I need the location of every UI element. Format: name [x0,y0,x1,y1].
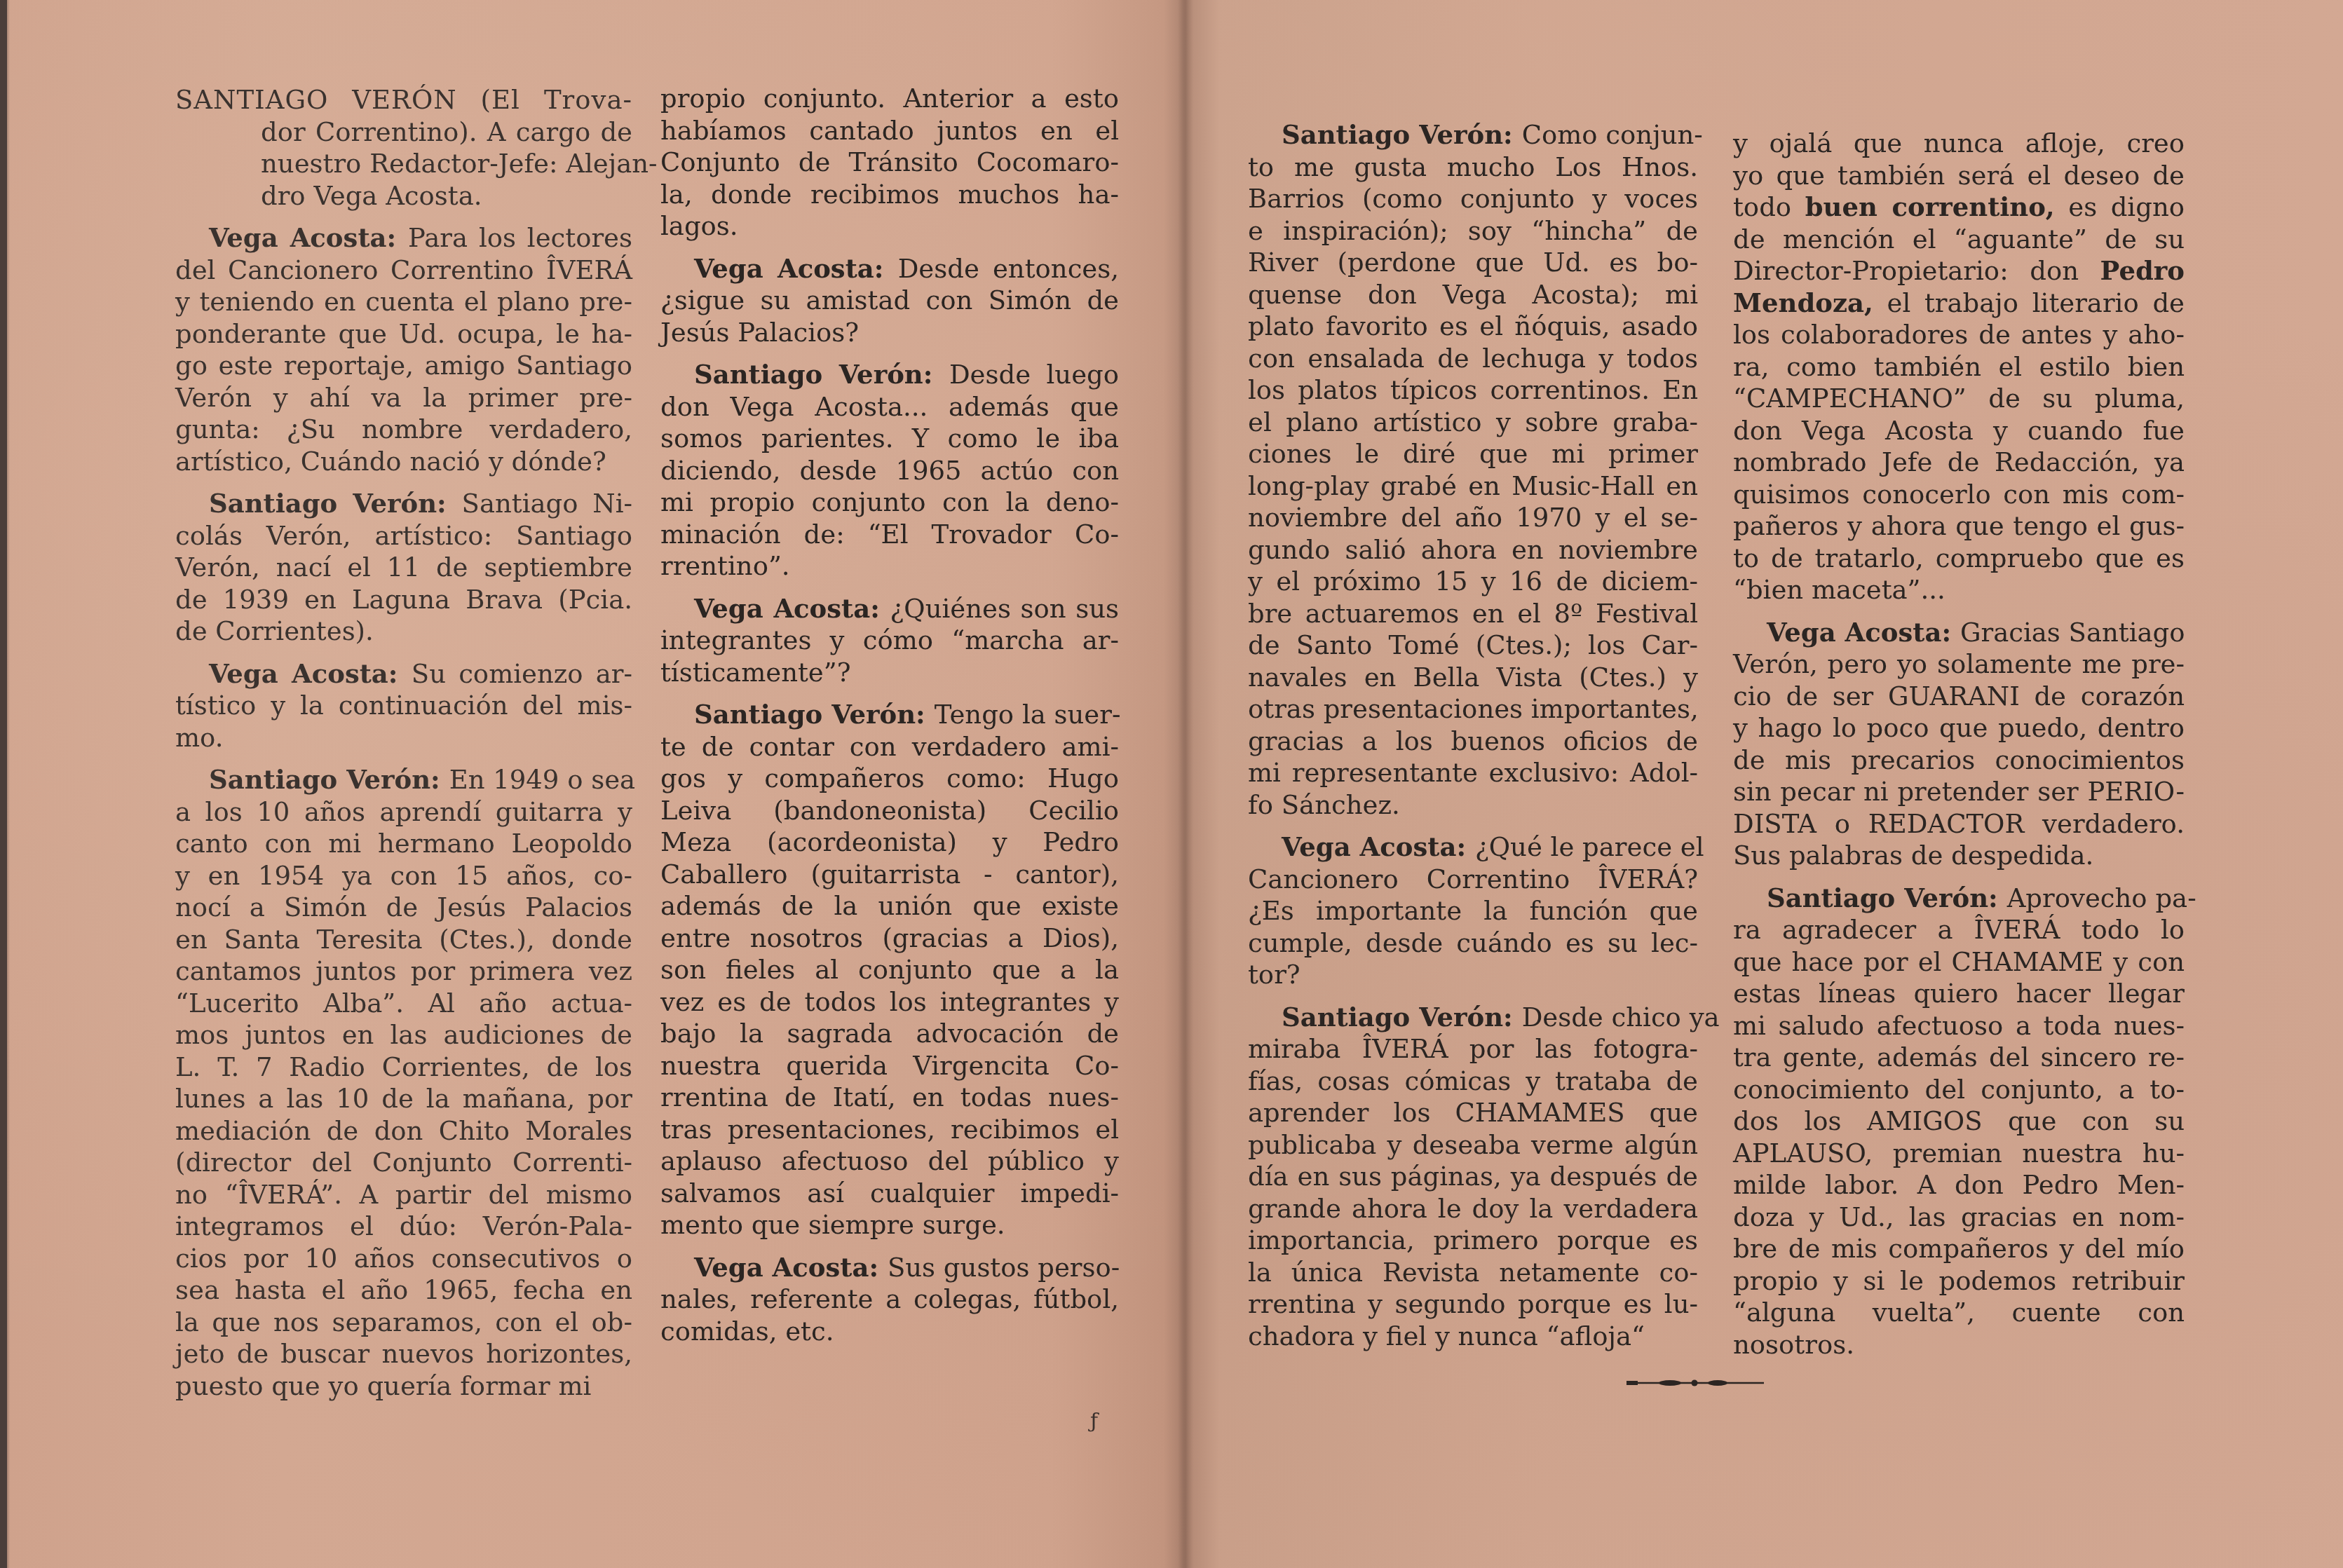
text-line: yo que también será el deseo de [1733,160,2185,192]
text-line: to de tratarlo, compruebo que es [1733,543,2185,575]
text-line: de mis precarios conocimientos [1733,744,2185,777]
text-line: a los 10 años aprendí guitarra y [175,796,632,829]
text-line: Caballero (guitarrista - cantor), [660,859,1119,891]
text-line: ciones le diré que mi primer [1248,438,1698,470]
text-line: don Vega Acosta y cuando fue [1733,415,2185,447]
text-line: cios por 10 años consecutivos o [175,1243,632,1275]
text-line: canto con mi hermano Leopoldo [175,828,632,860]
text-line: nosotros. [1733,1329,2185,1361]
text-line: todo buen correntino, es digno [1733,191,2185,224]
text-line: River (perdone que Ud. es bo- [1248,247,1698,279]
interview-paragraph: Santiago Verón: Santiago Ni-colás Verón,… [175,488,632,648]
text-line: puesto que yo quería formar mi [175,1370,632,1403]
left-page-column-1: SANTIAGO VERÓN (El Trova-dor Correntino)… [175,84,632,1412]
text-line: bajo la sagrada advocación de [660,1018,1119,1050]
interview-paragraph: Santiago Verón: En 1949 o seaa los 10 añ… [175,764,632,1402]
magazine-spread: SANTIAGO VERÓN (El Trova-dor Correntino)… [0,0,2343,1568]
text-line: noviembre del año 1970 y el se- [1248,502,1698,534]
text-line: quense don Vega Acosta); mi [1248,279,1698,311]
text-line: ra agradecer a ÎVERÁ todo lo [1733,914,2185,946]
text-line: quisimos conocerlo con mis com- [1733,479,2185,511]
speaker-name: Santiago Verón: [1282,119,1522,150]
text-line: de Santo Tomé (Ctes.); los Car- [1248,629,1698,662]
continued-paragraph: propio conjunto. Anterior a estohabíamos… [660,83,1119,243]
speaker-name: Vega Acosta: [209,222,408,253]
interview-paragraph: Santiago Verón: Tengo la suer-te de cont… [660,699,1119,1241]
text-line: fías, cosas cómicas y trataba de [1248,1065,1698,1098]
speaker-name: Santiago Verón: [209,488,462,519]
text-line: y hago lo poco que puedo, dentro [1733,712,2185,744]
text-line: integramos el dúo: Verón-Pala- [175,1211,632,1243]
text-line: chadora y fiel y nunca “afloja“ [1248,1321,1698,1353]
text-line: miraba ÎVERÁ por las fotogra- [1248,1033,1698,1065]
text-line: Vega Acosta: Sus gustos perso- [660,1252,1119,1284]
text-line: ponderante que Ud. ocupa, le ha- [175,318,632,350]
interview-paragraph: Vega Acosta: ¿Quiénes son susintegrantes… [660,593,1119,689]
interview-paragraph: Vega Acosta: Sus gustos perso-nales, ref… [660,1252,1119,1348]
right-page-column-2: y ojalá que nunca afloje, creoyo que tam… [1733,128,2185,1371]
text-line: navales en Bella Vista (Ctes.) y [1248,662,1698,694]
text-line: Vega Acosta: Gracias Santiago [1733,617,2185,649]
text-line: tísticamente”? [660,657,1119,689]
text-line: plato favorito es el ñóquis, asado [1248,311,1698,343]
text-line: DISTA o REDACTOR verdadero. [1733,808,2185,840]
text-line: nuestra querida Virgencita Co- [660,1050,1119,1082]
text-line: la, donde recibimos muchos ha- [660,179,1119,211]
text-line: minación de: “El Trovador Co- [660,519,1119,551]
text-line: Verón y ahí va la primer pre- [175,382,632,414]
text-line: mento que siempre surge. [660,1209,1119,1241]
text-line: Mendoza, el trabajo literario de [1733,287,2185,320]
text-line: entre nosotros (gracias a Dios), [660,922,1119,955]
speaker-name: Vega Acosta: [209,658,412,689]
text-line: tístico y la continuación del mis- [175,690,632,722]
text-line: vez es de todos los integrantes y [660,986,1119,1018]
text-line: L. T. 7 Radio Corrientes, de los [175,1051,632,1084]
text-line: los platos típicos correntinos. En [1248,374,1698,407]
text-line: ¿Es importante la función que [1248,895,1698,927]
text-line: otras presentaciones importantes, [1248,693,1698,725]
text-line: go este reportaje, amigo Santiago [175,350,632,382]
text-line: Vega Acosta: ¿Quiénes son sus [660,593,1119,625]
interview-paragraph: Santiago Verón: Desde chico yamiraba ÎVE… [1248,1002,1698,1353]
text-line: además de la unión que existe [660,890,1119,922]
text-line: “alguna vuelta”, cuente con [1733,1297,2185,1329]
text-line: propio conjunto. Anterior a esto [660,83,1119,115]
interview-paragraph: Vega Acosta: Su comienzo ar-tístico y la… [175,658,632,754]
text-line: nales, referente a colegas, fútbol, [660,1283,1119,1316]
text-line: mo. [175,722,632,754]
text-line: sea hasta el año 1965, fecha en [175,1274,632,1307]
interview-paragraph: Santiago Verón: Como conjun-to me gusta … [1248,119,1698,821]
right-page-column-1: Santiago Verón: Como conjun-to me gusta … [1248,119,1698,1363]
text-line: que hace por el CHAMAME y con [1733,946,2185,979]
speaker-name: Vega Acosta: [694,253,898,284]
text-line: Meza (acordeonista) y Pedro [660,826,1119,859]
text-line: publicaba y deseaba verme algún [1248,1129,1698,1161]
speaker-name: Santiago Verón: [209,764,449,795]
text-line: en Santa Teresita (Ctes.), donde [175,924,632,956]
text-line: te de contar con verdadero ami- [660,731,1119,763]
text-line: dos los AMIGOS que con su [1733,1105,2185,1138]
text-line: gunta: ¿Su nombre verdadero, [175,414,632,446]
text-line: grande ahora le doy la verdadera [1248,1193,1698,1225]
text-line: cio de ser GUARANI de corazón [1733,681,2185,713]
text-line: don Vega Acosta... además que [660,391,1119,423]
text-line: Santiago Verón: Tengo la suer- [660,699,1119,731]
text-line: sin pecar ni pretender ser PERIO- [1733,776,2185,808]
text-line: gundo salió ahora en noviembre [1248,534,1698,566]
text-line: APLAUSO, premian nuestra hu- [1733,1138,2185,1170]
text-line: Santiago Verón: Desde chico ya [1248,1002,1698,1034]
text-line: Vega Acosta: Su comienzo ar- [175,658,632,690]
text-line: “bien maceta”... [1733,574,2185,606]
text-line: bre de mis compañeros y del mío [1733,1233,2185,1265]
text-line: Cancionero Correntino ÎVERÁ? [1248,864,1698,896]
speaker-name: Santiago Verón: [1282,1002,1522,1032]
text-line: rrentino”. [660,550,1119,582]
text-line: aplauso afectuoso del público y [660,1145,1119,1178]
interview-paragraph: Vega Acosta: ¿Qué le parece elCancionero… [1248,831,1698,991]
text-line: y en 1954 ya con 15 años, co- [175,860,632,892]
text-line: doza y Ud., las gracias en nom- [1733,1201,2185,1234]
interview-paragraph: Vega Acosta: Gracias SantiagoVerón, pero… [1733,617,2185,872]
text-line: cantamos juntos por primera vez [175,955,632,988]
text-line: Vega Acosta: Para los lectores [175,222,632,254]
speaker-name: Vega Acosta: [694,1252,888,1283]
text-line: mi representante exclusivo: Adol- [1248,757,1698,789]
text-line: rrentina y segundo porque es lu- [1248,1288,1698,1321]
text-line: lunes a las 10 de la mañana, por [175,1083,632,1115]
text-line: ra, como también el estilo bien [1733,351,2185,383]
text-line: Verón, nací el 11 de septiembre [175,552,632,584]
text-line: la que nos separamos, con el ob- [175,1307,632,1339]
text-line: Vega Acosta: ¿Qué le parece el [1248,831,1698,864]
text-line: mos juntos en las audiciones de [175,1019,632,1051]
book-edge [0,0,7,1568]
text-line: con ensalada de lechuga y todos [1248,343,1698,375]
text-line: salvamos así cualquier impedi- [660,1178,1119,1210]
text-line: propio y si le podemos retribuir [1733,1265,2185,1297]
text-line: (director del Conjunto Correnti- [175,1147,632,1179]
end-of-article-divider-icon [1626,1378,1764,1388]
text-line: tras presentaciones, recibimos el [660,1114,1119,1146]
text-line: estas líneas quiero hacer llegar [1733,978,2185,1010]
text-line: long-play grabé en Music-Hall en [1248,470,1698,503]
text-line: de Corrientes). [175,615,632,648]
text-line: Director-Propietario: don Pedro [1733,255,2185,287]
left-page-column-2: propio conjunto. Anterior a estohabíamos… [660,83,1119,1358]
text-line: conocimiento del conjunto, a to- [1733,1074,2185,1106]
text-line: nuestro Redactor-Jefe: Alejan- [175,148,632,180]
text-line: Leiva (bandoneonista) Cecilio [660,795,1119,827]
text-line: no “ÎVERÁ”. A partir del mismo [175,1179,632,1211]
article-title: SANTIAGO VERÓN (El Trova-dor Correntino)… [175,84,632,212]
text-line: artístico, Cuándo nació y dónde? [175,446,632,478]
text-line: milde labor. A don Pedro Men- [1733,1169,2185,1201]
text-line: cumple, desde cuándo es su lec- [1248,927,1698,960]
text-line: gos y compañeros como: Hugo [660,763,1119,795]
text-line: de 1939 en Laguna Brava (Pcia. [175,584,632,616]
text-line: integrantes y cómo “marcha ar- [660,625,1119,657]
text-line: tra gente, además del sincero re- [1733,1042,2185,1074]
interview-paragraph: Santiago Verón: Aprovecho pa-ra agradece… [1733,882,2185,1361]
text-line: SANTIAGO VERÓN (El Trova- [175,84,632,116]
book-spine [1178,0,1193,1568]
text-line: son fieles al conjunto que a la [660,954,1119,986]
text-line: habíamos cantado juntos en el [660,115,1119,147]
text-line: día en sus páginas, ya después de [1248,1161,1698,1193]
speaker-name: Vega Acosta: [1282,831,1475,862]
ink-mark: ƒ [1090,1409,1098,1433]
text-line: mediación de don Chito Morales [175,1115,632,1147]
text-line: Santiago Verón: Santiago Ni- [175,488,632,520]
speaker-name: Santiago Verón: [694,359,949,390]
text-line: aprender los CHAMAMES que [1248,1097,1698,1129]
text-line: somos parientes. Y como le iba [660,423,1119,455]
text-line: lagos. [660,210,1119,243]
text-line: jeto de buscar nuevos horizontes, [175,1338,632,1370]
speaker-name: Santiago Verón: [694,699,935,730]
speaker-name: Vega Acosta: [1767,617,1960,648]
text-line: Sus palabras de despedida. [1733,840,2185,872]
speaker-name: Vega Acosta: [694,593,890,624]
text-line: e inspiración); soy “hincha” de [1248,215,1698,247]
text-line: ¿sigue su amistad con Simón de [660,285,1119,317]
text-line: y el próximo 15 y 16 de diciem- [1248,566,1698,598]
text-line: y ojalá que nunca afloje, creo [1733,128,2185,160]
text-line: de mención el “aguante” de su [1733,224,2185,256]
text-line: fo Sánchez. [1248,789,1698,822]
text-line: Santiago Verón: Desde luego [660,359,1119,391]
text-line: rrentina de Itatí, en todas nues- [660,1082,1119,1114]
text-line: los colaboradores de antes y aho- [1733,319,2185,351]
text-line: Conjunto de Tránsito Cocomaro- [660,146,1119,179]
text-line: Jesús Palacios? [660,317,1119,349]
text-line: el plano artístico y sobre graba- [1248,407,1698,439]
text-line: la única Revista netamente co- [1248,1257,1698,1289]
speaker-name: Santiago Verón: [1767,882,2007,913]
text-line: Verón, pero yo solamente me pre- [1733,648,2185,681]
text-line: colás Verón, artístico: Santiago [175,520,632,552]
continued-paragraph: y ojalá que nunca afloje, creoyo que tam… [1733,128,2185,606]
text-line: dor Correntino). A cargo de [175,116,632,149]
text-line: Barrios (como conjunto y voces [1248,183,1698,215]
text-line: Santiago Verón: Como conjun- [1248,119,1698,151]
text-line: “CAMPECHANO” de su pluma, [1733,383,2185,415]
text-line: Santiago Verón: En 1949 o sea [175,764,632,796]
text-line: “Lucerito Alba”. Al año actua- [175,988,632,1020]
text-line: nocí a Simón de Jesús Palacios [175,892,632,924]
text-line: del Cancionero Correntino ÎVERÁ [175,254,632,287]
text-line: to me gusta mucho Los Hnos. [1248,151,1698,184]
text-line: importancia, primero porque es [1248,1225,1698,1257]
text-line: gracias a los buenos oficios de [1248,725,1698,758]
text-line: mi propio conjunto con la deno- [660,486,1119,519]
text-line: dro Vega Acosta. [175,180,632,212]
text-line: mi saludo afectuoso a toda nues- [1733,1010,2185,1042]
interview-paragraph: Vega Acosta: Desde entonces,¿sigue su am… [660,253,1119,349]
text-line: nombrado Jefe de Redacción, ya [1733,446,2185,479]
interview-paragraph: Vega Acosta: Para los lectoresdel Cancio… [175,222,632,477]
text-line: y teniendo en cuenta el plano pre- [175,286,632,318]
text-line: diciendo, desde 1965 actúo con [660,455,1119,487]
text-line: bre actuaremos en el 8º Festival [1248,598,1698,630]
text-line: Santiago Verón: Aprovecho pa- [1733,882,2185,915]
text-line: Vega Acosta: Desde entonces, [660,253,1119,285]
text-line: tor? [1248,959,1698,991]
interview-paragraph: Santiago Verón: Desde luegodon Vega Acos… [660,359,1119,582]
text-line: pañeros y ahora que tengo el gus- [1733,510,2185,543]
text-line: comidas, etc. [660,1316,1119,1348]
